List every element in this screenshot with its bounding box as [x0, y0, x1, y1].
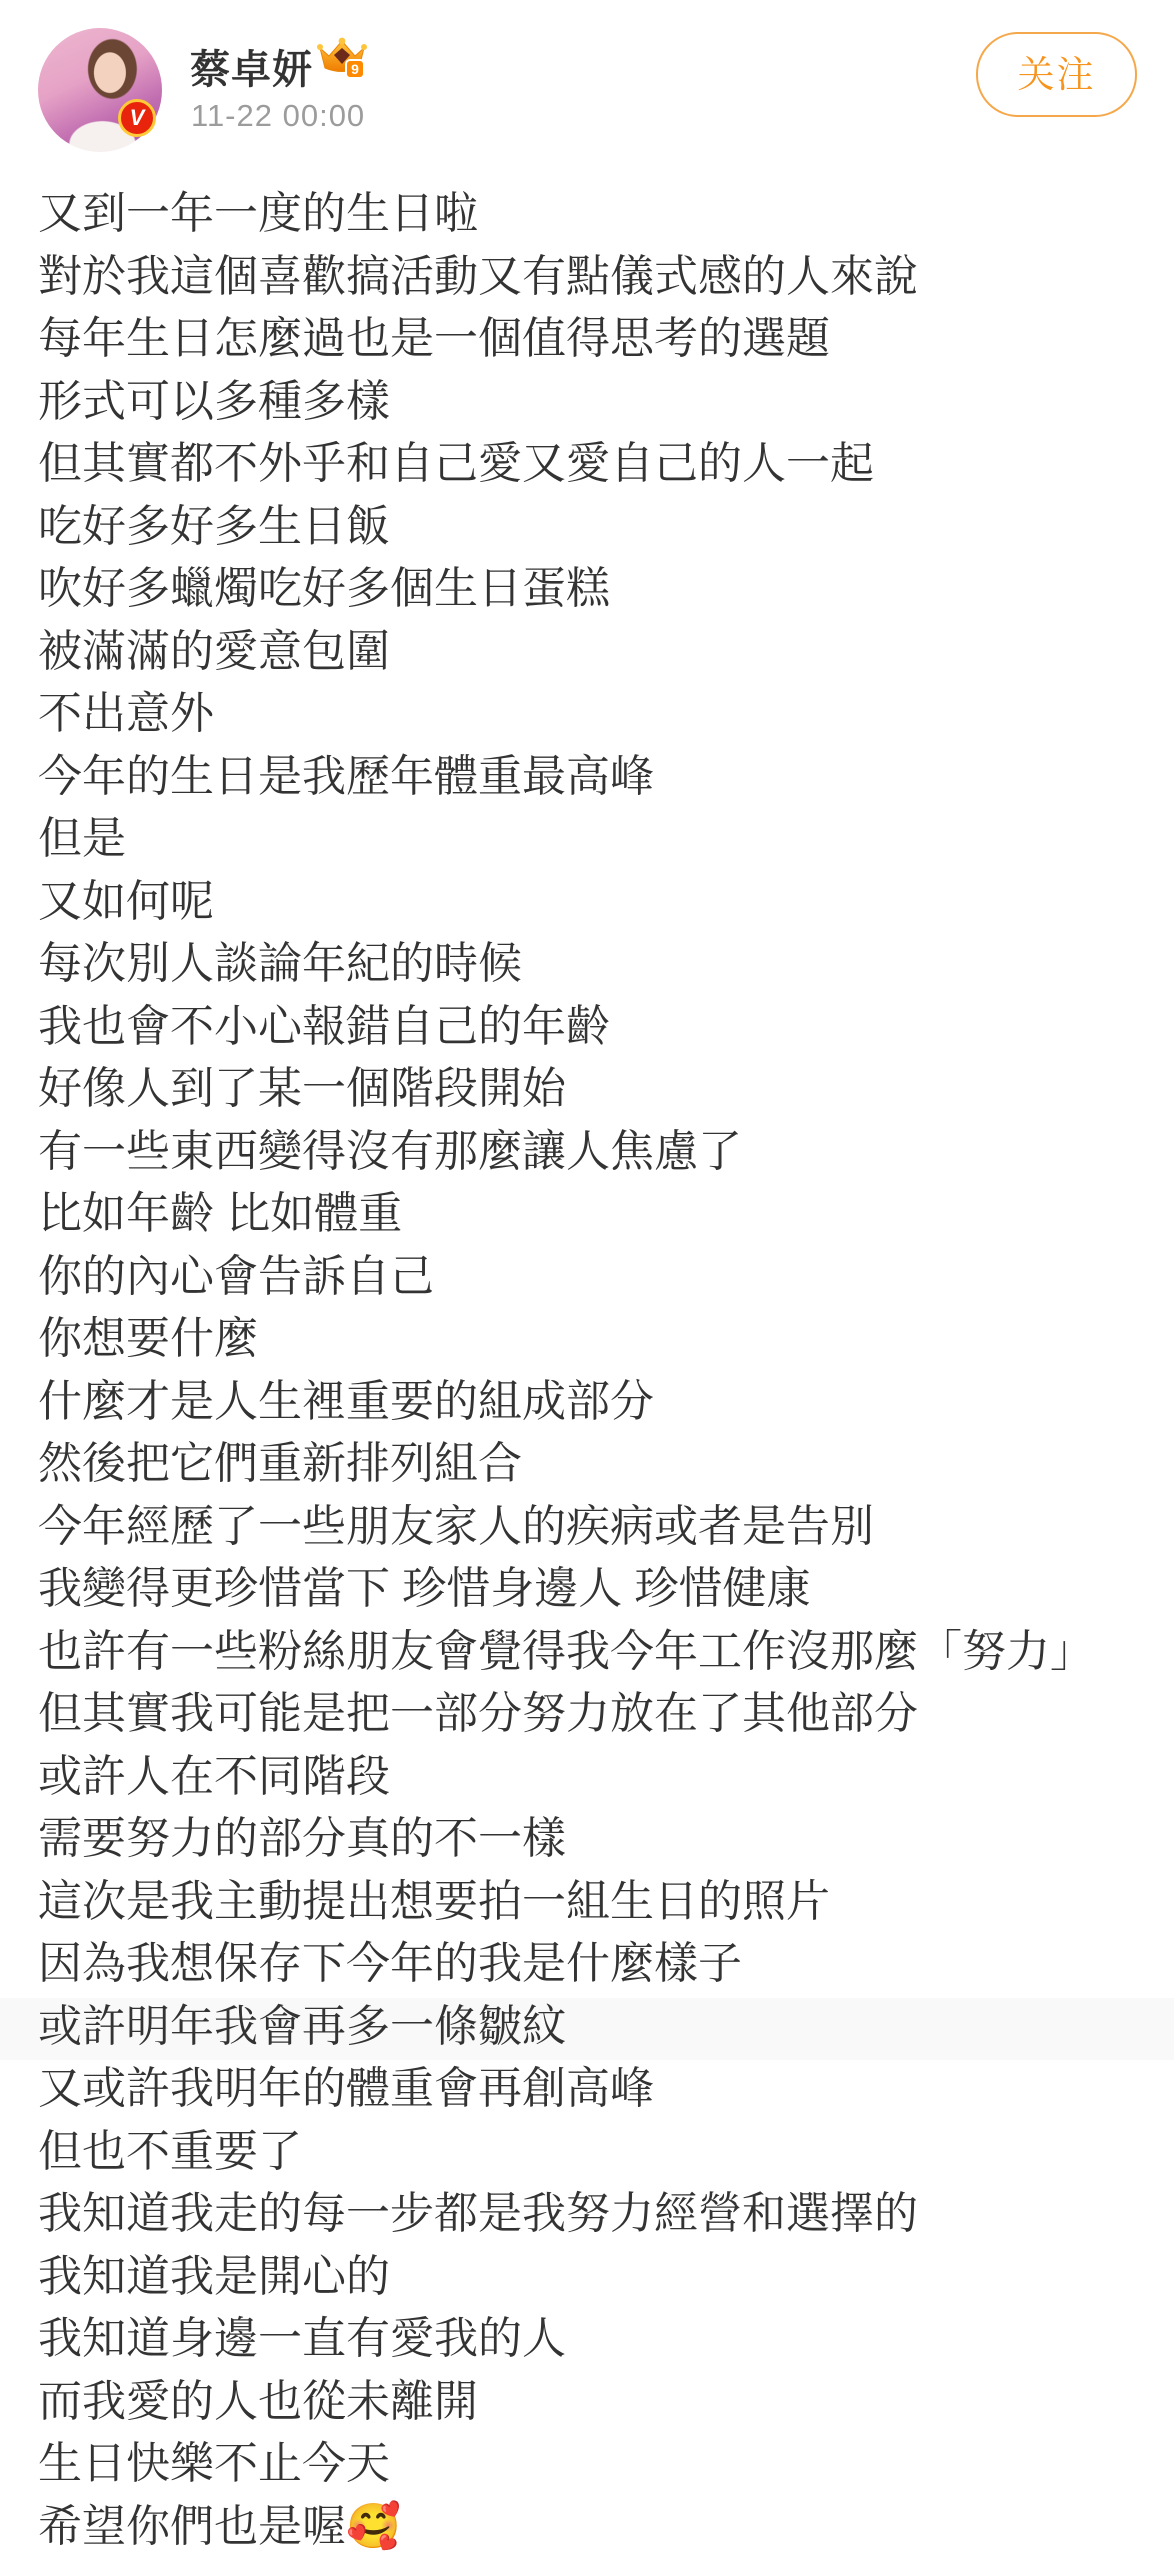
post-line: 每年生日怎麼過也是一個值得思考的選題: [38, 303, 1148, 366]
post-line: 你的內心會告訴自己: [38, 1241, 1148, 1304]
post-line: 又到一年一度的生日啦: [38, 178, 1148, 241]
post-line: 然後把它們重新排列組合: [38, 1428, 1148, 1491]
post-line: 或許明年我會再多一條皺紋: [38, 1991, 1148, 2054]
post-line: 對於我這個喜歡搞活動又有點儀式感的人來說: [38, 241, 1148, 304]
post-line: 但也不重要了: [38, 2116, 1148, 2179]
post-line: 你想要什麼: [38, 1303, 1148, 1366]
post-line: 需要努力的部分真的不一樣: [38, 1803, 1148, 1866]
username[interactable]: 蔡卓妍: [190, 38, 313, 95]
verified-v-label: V: [130, 105, 145, 130]
post-line: 我知道身邊一直有愛我的人: [38, 2303, 1148, 2366]
post-line: 但是: [38, 803, 1148, 866]
post-line: 而我愛的人也從未離開: [38, 2366, 1148, 2429]
post-line: 我變得更珍惜當下 珍惜身邊人 珍惜健康: [38, 1553, 1148, 1616]
timestamp: 11-22 00:00: [191, 98, 365, 134]
post-line: 比如年齡 比如體重: [38, 1178, 1148, 1241]
post-line: 不出意外: [38, 678, 1148, 741]
post-line: 生日快樂不止今天: [38, 2428, 1148, 2491]
post-line: 希望你們也是喔🥰: [38, 2491, 1148, 2554]
post-line: 形式可以多種多樣: [38, 366, 1148, 429]
post-line: 每次別人談論年紀的時候: [38, 928, 1148, 991]
post-line: 今年的生日是我歷年體重最高峰: [38, 741, 1148, 804]
post-line: 我知道我走的每一步都是我努力經營和選擇的: [38, 2178, 1148, 2241]
post-line: 吃好多好多生日飯: [38, 491, 1148, 554]
post-line: 又或許我明年的體重會再創高峰: [38, 2053, 1148, 2116]
post-line: 什麼才是人生裡重要的組成部分: [38, 1366, 1148, 1429]
follow-button[interactable]: 关注: [976, 32, 1137, 117]
vip-level-label: 9: [351, 61, 359, 77]
post-line: 這次是我主動提出想要拍一組生日的照片: [38, 1866, 1148, 1929]
verified-v-icon: V: [118, 99, 156, 137]
post-line: 今年經歷了一些朋友家人的疾病或者是告別: [38, 1491, 1148, 1554]
post-line: 吹好多蠟燭吃好多個生日蛋糕: [38, 553, 1148, 616]
vip-crown-icon: 9: [316, 36, 368, 80]
post-line: 因為我想保存下今年的我是什麼樣子: [38, 1928, 1148, 1991]
post-body: 又到一年一度的生日啦對於我這個喜歡搞活動又有點儀式感的人來說每年生日怎麼過也是一…: [38, 178, 1148, 2553]
post-line: 又如何呢: [38, 866, 1148, 929]
post-line: 我知道我是開心的: [38, 2241, 1148, 2304]
post-line: 我也會不小心報錯自己的年齡: [38, 991, 1148, 1054]
post-line: 或許人在不同階段: [38, 1741, 1148, 1804]
post-line: 好像人到了某一個階段開始: [38, 1053, 1148, 1116]
post-line: 但其實都不外乎和自己愛又愛自己的人一起: [38, 428, 1148, 491]
post-line: 但其實我可能是把一部分努力放在了其他部分: [38, 1678, 1148, 1741]
post-line: 有一些東西變得沒有那麼讓人焦慮了: [38, 1116, 1148, 1179]
post-line: 被滿滿的愛意包圍: [38, 616, 1148, 679]
post-header: V 蔡卓妍 9 11-22 00:00 关注: [0, 0, 1174, 160]
post-line: 也許有一些粉絲朋友會覺得我今年工作沒那麼「努力」: [38, 1616, 1148, 1679]
